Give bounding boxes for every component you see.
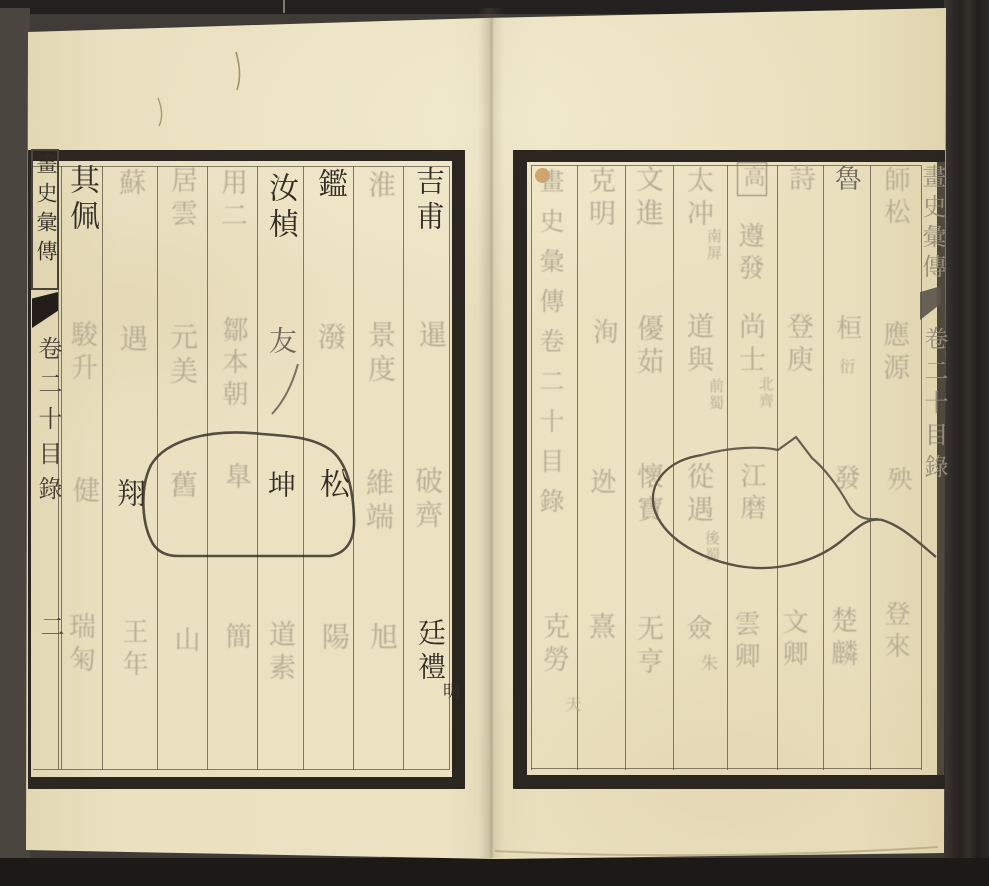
book-photo: 畫史彙傳 卷二十目錄 二 吉甫暹破齊廷禮明淮景度維端旭鑑潑松陽汝楨友坤道素用二鄒… [0, 0, 989, 886]
ink-circle-annotation-right [653, 455, 936, 568]
ink-circle-annotation-left [143, 432, 354, 556]
paper-fiber-2 [158, 98, 162, 126]
ink-annotations-overlay [0, 0, 989, 886]
ink-circle-annotation-right-top [702, 437, 878, 519]
ink-stroke-annotation-left [272, 364, 298, 414]
under-leaf-edge [495, 847, 938, 855]
paper-fiber-1 [236, 52, 240, 90]
